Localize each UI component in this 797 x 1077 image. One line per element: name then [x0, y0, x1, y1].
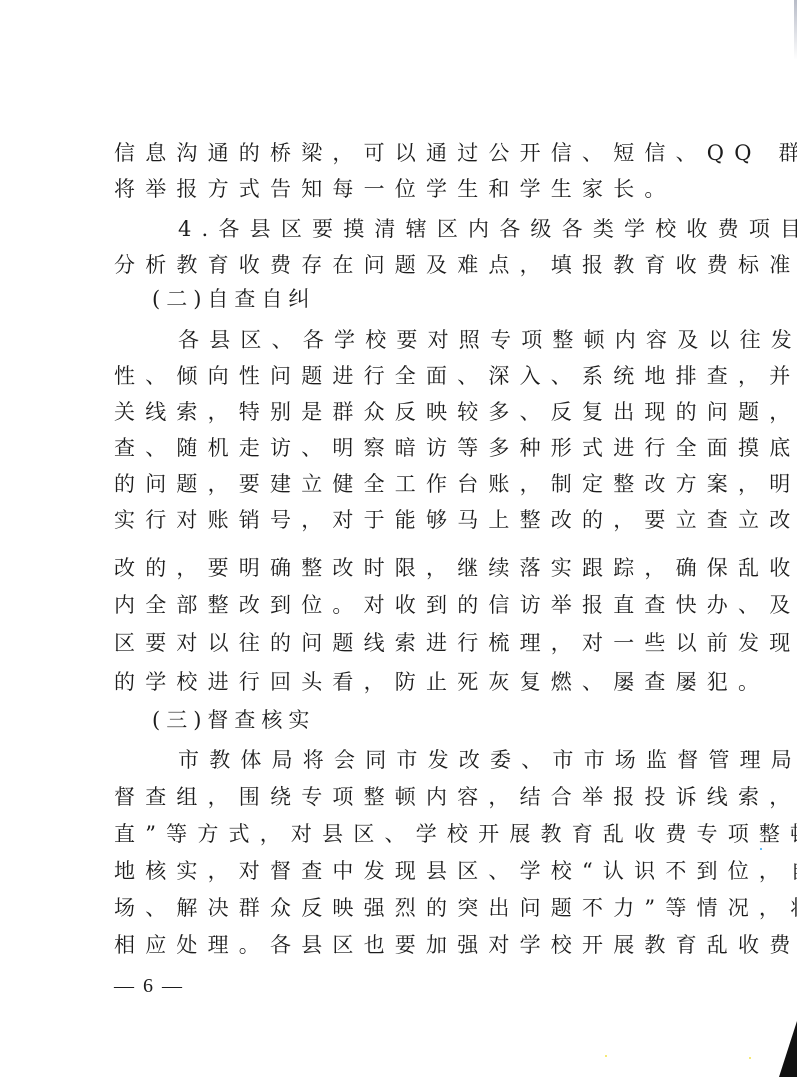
- text-line: 实行对账销号，对于能够马上整改的，要立查立改，不能及时整: [114, 508, 797, 532]
- text-line: 分析教育收费存在问题及难点，填报教育收费标准调查统计表。: [114, 253, 797, 277]
- text-line: 地核实，对督查中发现县区、学校“认识不到位，自查自纠走过: [114, 859, 797, 883]
- text-line: 的问题，要建立健全工作台账，制定整改方案，明确整改措施，: [114, 472, 797, 496]
- scan-corner-shadow: [779, 1021, 797, 1077]
- text-line: 内全部整改到位。对收到的信访举报直查快办、及时反馈。各县: [114, 593, 797, 617]
- scan-speck: [749, 1057, 751, 1059]
- scan-speck: [760, 848, 762, 850]
- text-line: 的学校进行回头看，防止死灰复燃、屡查屡犯。: [114, 670, 769, 694]
- scan-speck: [605, 1055, 607, 1057]
- text-line: 关线索，特别是群众反映较多、反复出现的问题，可采取问卷调: [114, 400, 797, 424]
- text-line: 查、随机走访、明察暗访等多种形式进行全面摸底，对摸排发现: [114, 436, 797, 460]
- text-line: 将举报方式告知每一位学生和学生家长。: [114, 177, 676, 201]
- text-line: 督查组，围绕专项整顿内容，结合举报投诉线索，采取“四不两: [114, 785, 797, 809]
- text-line: 信息沟通的桥梁，可以通过公开信、短信、QQ 群、微信群等渠道，: [114, 141, 797, 165]
- text-line: 各县区、各学校要对照专项整顿内容及以往发现的一些突出: [178, 328, 797, 352]
- text-line: 改的，要明确整改时限，继续落实跟踪，确保乱收费行为在时限: [114, 556, 797, 580]
- text-line: 相应处理。各县区也要加强对学校开展教育乱收费专项整顿工作: [114, 933, 797, 957]
- text-line: 区要对以往的问题线索进行梳理，对一些以前发现过乱收费现象: [114, 631, 797, 655]
- text-line: 场、解决群众反映强烈的突出问题不力”等情况，将视情节给予: [114, 896, 797, 920]
- text-line: 直”等方式，对县区、学校开展教育乱收费专项整顿情况进行实: [114, 822, 797, 846]
- section-heading: (三)督查核实: [152, 708, 315, 732]
- text-line: 4.各县区要摸清辖区内各级各类学校收费项目、收费标准，: [178, 217, 797, 241]
- page-number: — 6 —: [114, 975, 184, 997]
- text-line: 市教体局将会同市发改委、市市场监督管理局抽调专人组成: [178, 748, 797, 772]
- section-heading: (二)自查自纠: [152, 287, 315, 311]
- text-line: 性、倾向性问题进行全面、深入、系统地排查，并结合通报的相: [114, 364, 797, 388]
